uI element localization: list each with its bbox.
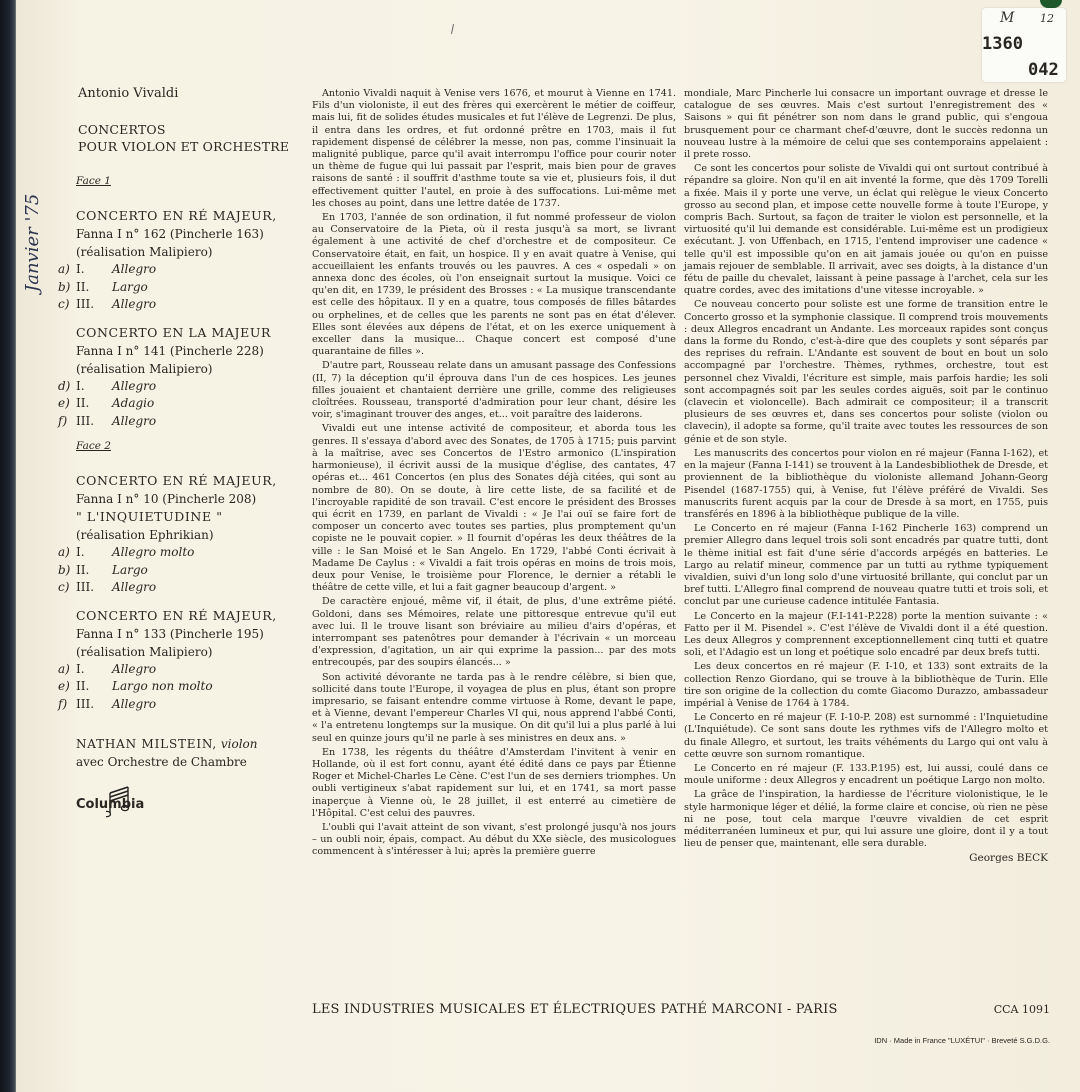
movement-letter: c) bbox=[58, 296, 69, 314]
movement-name: Adagio bbox=[112, 396, 154, 410]
movement-item: c)III.Allegro bbox=[76, 296, 291, 314]
movement-name: Allegro bbox=[112, 262, 156, 276]
sticker-handwriting-small: 12 bbox=[1040, 12, 1054, 25]
author-signature: Georges BECK bbox=[684, 852, 1048, 864]
movement-letter: a) bbox=[58, 261, 70, 279]
movement-list: a)I.Allegro moltob)II.Largoc)III.Allegro bbox=[76, 544, 291, 597]
liner-notes-column-2: mondiale, Marc Pincherle lui consacre un… bbox=[684, 88, 1048, 865]
work-realisation: (réalisation Ephrikian) bbox=[76, 526, 291, 544]
movement-name: Allegro bbox=[112, 414, 156, 428]
movement-num: I. bbox=[76, 378, 112, 396]
work-realisation: (réalisation Malipiero) bbox=[76, 360, 291, 378]
liner-paragraph: Vivaldi eut une intense activité de comp… bbox=[312, 423, 676, 594]
movement-item: a)I.Allegro bbox=[76, 261, 291, 279]
movement-list: a)I.Allegroe)II.Largo non moltof)III.All… bbox=[76, 661, 291, 714]
movement-name: Allegro bbox=[112, 580, 156, 594]
movement-num: III. bbox=[76, 413, 112, 431]
movement-num: III. bbox=[76, 579, 112, 597]
liner-paragraph: Antonio Vivaldi naquit à Venise vers 167… bbox=[312, 88, 676, 210]
work-entry: CONCERTO EN RÉ MAJEUR,Fanna I n° 162 (Pi… bbox=[76, 207, 291, 314]
artist-role: violon bbox=[221, 737, 258, 751]
movement-item: b)II.Largo bbox=[76, 279, 291, 297]
work-catalog: Fanna I n° 10 (Pincherle 208) bbox=[76, 490, 291, 508]
album-title: CONCERTOS POUR VIOLON ET ORCHESTRE bbox=[78, 121, 291, 155]
tracklist-column: Antonio Vivaldi CONCERTOS POUR VIOLON ET… bbox=[76, 86, 291, 821]
composer-name: Antonio Vivaldi bbox=[78, 86, 291, 101]
liner-paragraph: Le Concerto en ré majeur (F. 133.P.195) … bbox=[684, 763, 1048, 787]
liner-paragraph: La grâce de l'inspiration, la hardiesse … bbox=[684, 789, 1048, 850]
movement-item: f)III.Allegro bbox=[76, 413, 291, 431]
liner-paragraph: En 1738, les régents du théâtre d'Amster… bbox=[312, 747, 676, 820]
movement-item: a)I.Allegro molto bbox=[76, 544, 291, 562]
movement-letter: a) bbox=[58, 661, 70, 679]
work-entry: CONCERTO EN RÉ MAJEUR,Fanna I n° 133 (Pi… bbox=[76, 607, 291, 714]
work-title: CONCERTO EN LA MAJEUR bbox=[76, 324, 291, 342]
movement-letter: a) bbox=[58, 544, 70, 562]
movement-name: Largo bbox=[112, 280, 148, 294]
liner-notes-column-1: Antonio Vivaldi naquit à Venise vers 167… bbox=[312, 88, 676, 861]
movement-name: Allegro bbox=[112, 662, 156, 676]
liner-paragraph: Le Concerto en ré majeur (Fanna I-162 Pi… bbox=[684, 523, 1048, 608]
movement-list: d)I.Allegroe)II.Adagiof)III.Allegro bbox=[76, 378, 291, 431]
artist-credit: NATHAN MILSTEIN, violon avec Orchestre d… bbox=[76, 735, 291, 771]
side-label: Face 2 bbox=[76, 440, 291, 452]
work-realisation: (réalisation Malipiero) bbox=[76, 243, 291, 261]
movement-num: II. bbox=[76, 279, 112, 297]
liner-paragraph: Le Concerto en la majeur (F.I-141-P.228)… bbox=[684, 611, 1048, 660]
work-catalog: Fanna I n° 162 (Pincherle 163) bbox=[76, 225, 291, 243]
movement-letter: d) bbox=[58, 378, 70, 396]
liner-paragraph: Ce nouveau concerto pour soliste est une… bbox=[684, 299, 1048, 445]
side-label: Face 1 bbox=[76, 175, 291, 187]
work-title: CONCERTO EN RÉ MAJEUR, bbox=[76, 472, 291, 490]
movement-letter: f) bbox=[58, 696, 67, 714]
work-title: CONCERTO EN RÉ MAJEUR, bbox=[76, 607, 291, 625]
fine-print: IDN · Made in France "LUXÉTUI" · Breveté… bbox=[874, 1036, 1050, 1045]
movement-name: Allegro molto bbox=[112, 545, 194, 559]
label-name: Columbia bbox=[76, 797, 144, 812]
movement-item: b)II.Largo bbox=[76, 562, 291, 580]
sticker-number-1: 1360 bbox=[982, 34, 1023, 54]
movement-num: III. bbox=[76, 696, 112, 714]
work-entry: CONCERTO EN LA MAJEURFanna I n° 141 (Pin… bbox=[76, 324, 291, 431]
liner-paragraph: mondiale, Marc Pincherle lui consacre un… bbox=[684, 88, 1048, 161]
movement-letter: c) bbox=[58, 579, 69, 597]
movement-name: Allegro bbox=[112, 297, 156, 311]
movement-num: I. bbox=[76, 544, 112, 562]
ensemble-name: avec Orchestre de Chambre bbox=[76, 753, 291, 771]
movement-name: Largo non molto bbox=[112, 679, 213, 693]
movement-letter: f) bbox=[58, 413, 67, 431]
catalog-number: CCA 1091 bbox=[994, 1003, 1050, 1016]
sticker-number-2: 042 bbox=[1028, 60, 1059, 80]
work-catalog: Fanna I n° 133 (Pincherle 195) bbox=[76, 625, 291, 643]
sides-list: Face 1CONCERTO EN RÉ MAJEUR,Fanna I n° 1… bbox=[76, 175, 291, 713]
liner-paragraph: En 1703, l'année de son ordination, il f… bbox=[312, 212, 676, 358]
movement-name: Largo bbox=[112, 563, 148, 577]
liner-paragraph: Les manuscrits des concertos pour violon… bbox=[684, 448, 1048, 521]
liner-paragraph: Son activité dévorante ne tarda pas à le… bbox=[312, 672, 676, 745]
liner-paragraph: Le Concerto en ré majeur (F. I-10-P. 208… bbox=[684, 712, 1048, 761]
work-catalog: Fanna I n° 141 (Pincherle 228) bbox=[76, 342, 291, 360]
movement-name: Allegro bbox=[112, 379, 156, 393]
movement-name: Allegro bbox=[112, 697, 156, 711]
sticker-handwriting: M bbox=[1000, 10, 1014, 26]
work-title: CONCERTO EN RÉ MAJEUR, bbox=[76, 207, 291, 225]
album-title-line: POUR VIOLON ET ORCHESTRE bbox=[78, 138, 291, 155]
movement-num: II. bbox=[76, 395, 112, 413]
liner-paragraph: Ce sont les concertos pour soliste de Vi… bbox=[684, 163, 1048, 297]
movement-item: e)II.Largo non molto bbox=[76, 678, 291, 696]
movement-letter: b) bbox=[58, 562, 70, 580]
columbia-logo: Columbia bbox=[76, 787, 291, 821]
handwritten-date: Janvier '75 bbox=[22, 194, 43, 292]
publisher-line: LES INDUSTRIES MUSICALES ET ÉLECTRIQUES … bbox=[312, 1002, 838, 1017]
movement-letter: e) bbox=[58, 678, 70, 696]
movement-letter: b) bbox=[58, 279, 70, 297]
work-subtitle: " L'INQUIETUDINE " bbox=[76, 508, 291, 526]
artist-name: NATHAN MILSTEIN, bbox=[76, 737, 217, 751]
work-entry: CONCERTO EN RÉ MAJEUR,Fanna I n° 10 (Pin… bbox=[76, 472, 291, 597]
movement-num: II. bbox=[76, 678, 112, 696]
movement-item: f)III.Allegro bbox=[76, 696, 291, 714]
liner-paragraph: De caractère enjoué, même vif, il était,… bbox=[312, 596, 676, 669]
movement-list: a)I.Allegrob)II.Largoc)III.Allegro bbox=[76, 261, 291, 314]
work-realisation: (réalisation Malipiero) bbox=[76, 643, 291, 661]
liner-paragraph: D'autre part, Rousseau relate dans un am… bbox=[312, 360, 676, 421]
inventory-sticker: M 12 1360 042 bbox=[982, 8, 1066, 82]
movement-item: d)I.Allegro bbox=[76, 378, 291, 396]
movement-num: I. bbox=[76, 661, 112, 679]
movement-letter: e) bbox=[58, 395, 70, 413]
movement-num: II. bbox=[76, 562, 112, 580]
movement-num: I. bbox=[76, 261, 112, 279]
album-title-line: CONCERTOS bbox=[78, 121, 291, 138]
liner-paragraph: L'oubli qui l'avait atteint de son vivan… bbox=[312, 822, 676, 859]
movement-item: a)I.Allegro bbox=[76, 661, 291, 679]
liner-paragraph: Les deux concertos en ré majeur (F. I-10… bbox=[684, 661, 1048, 710]
movement-item: e)II.Adagio bbox=[76, 395, 291, 413]
movement-item: c)III.Allegro bbox=[76, 579, 291, 597]
movement-num: III. bbox=[76, 296, 112, 314]
